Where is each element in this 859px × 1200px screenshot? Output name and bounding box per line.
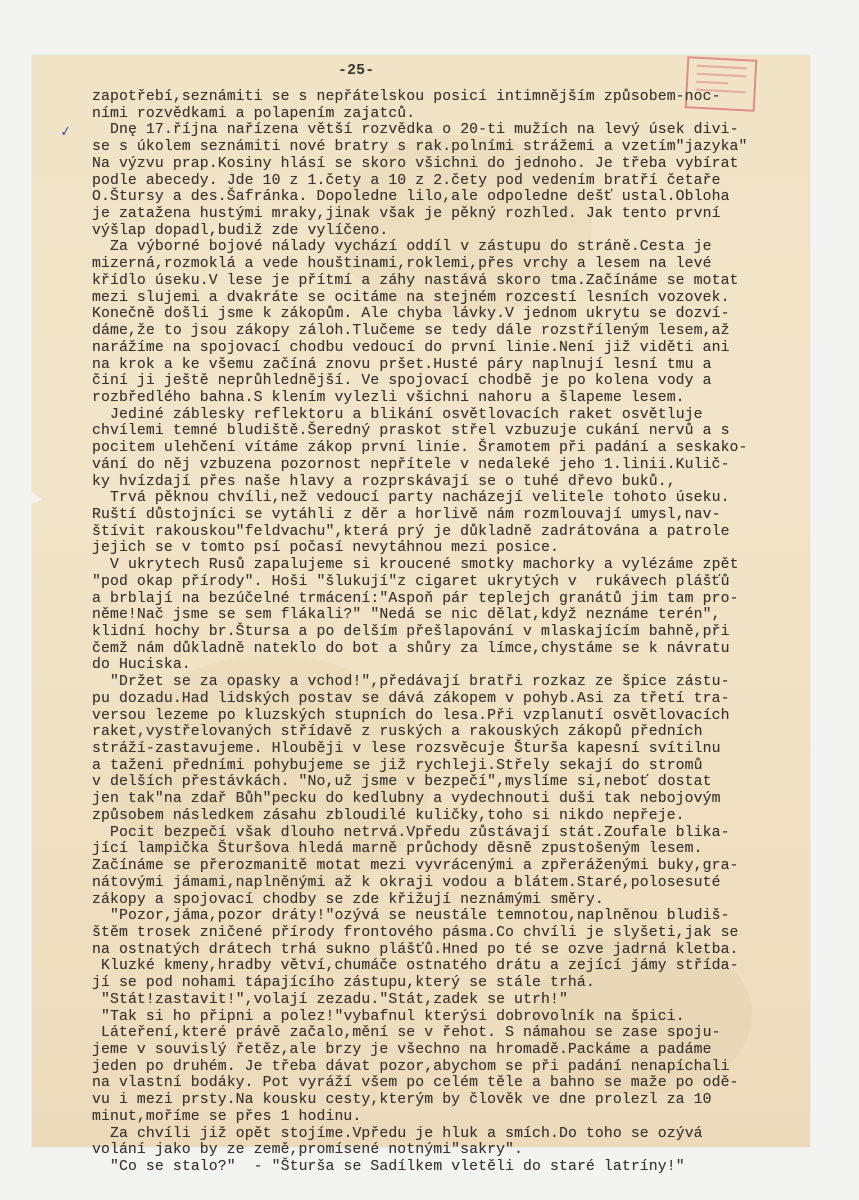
text-line: Za chvíli již opět stojíme.Vpředu je hlu… [92, 1126, 822, 1143]
text-line: "Stát!zastavit!",volají zezadu."Stát,zad… [92, 992, 822, 1009]
text-line: Kluzké kmeny,hradby větví,chumáče ostnat… [92, 958, 822, 975]
text-line: chvílemi temné bludiště.Šeredný praskot … [92, 423, 822, 440]
text-line: klidní hochy br.Štursa a po delším přešl… [92, 624, 822, 641]
stamp-text-line [696, 73, 746, 78]
text-line: raket,vystřelovaných střídavě z ruských … [92, 724, 822, 741]
text-line: ky hvízdají přes naše hlavy a rozprskáva… [92, 474, 822, 491]
text-line: ními rozvědkami a polapením zajatců. [92, 106, 822, 123]
text-line: Dnę 17.října nařízena větší rozvědka o 2… [92, 122, 822, 139]
text-line: Ruští důstojníci se vytáhli z děr a horl… [92, 507, 822, 524]
text-line: na ostnatých drátech trhá sukno plášťů.H… [92, 942, 822, 959]
text-line: jeden po druhém. Je třeba dávat pozor,ab… [92, 1059, 822, 1076]
text-line: "Držet se za opasky a vchod!",předávají … [92, 674, 822, 691]
text-line: narážíme na spojovací chodbu vedoucí do … [92, 340, 822, 357]
text-line: volání jako by ze země,promísené notnými… [92, 1142, 822, 1159]
text-line: stráží-zastavujeme. Hlouběji v lese rozs… [92, 741, 822, 758]
text-line: minut,moříme se přes 1 hodinu. [92, 1109, 822, 1126]
text-line: nátovými jámami,naplněnými až k okraji v… [92, 875, 822, 892]
text-line: se s úkolem seznámiti nové bratry s rak.… [92, 139, 822, 156]
text-line: mizerná,rozmoklá a vede houštinami,rokle… [92, 256, 822, 273]
text-line: Jediné záblesky reflektoru a blikání osv… [92, 407, 822, 424]
text-line: v delších přestávkách. "No,už jsme v bez… [92, 774, 822, 791]
text-line: zapotřebí,seznámiti se s nepřátelskou po… [92, 89, 822, 106]
text-line: jící lampička Šturšova hledá marně průch… [92, 841, 822, 858]
text-line: O.Štursy a des.Šafránka. Dopoledne lilo,… [92, 189, 822, 206]
text-line: jeme v souvislý řetěz,ale brzy je všechn… [92, 1042, 822, 1059]
text-line: způsobem následkem zásahu zbloudilé kuli… [92, 808, 822, 825]
text-line: je zatažena hustými mraky,jinak však je … [92, 206, 822, 223]
page-number: -25- [338, 63, 374, 79]
text-line: versou lezeme po kluzských stupních do l… [92, 708, 822, 725]
text-line: do Huciska. [92, 657, 822, 674]
text-line: pocitem ulehčení vítáme zákop první lini… [92, 440, 822, 457]
text-line: podle abecedy. Jde 10 z 1.čety a 10 z 2.… [92, 173, 822, 190]
text-line: rozbředlého bahna.S klením vylezli všich… [92, 390, 822, 407]
text-line: jejich se v tomto psí počasí nevytáhnou … [92, 540, 822, 557]
text-line: a taženi předními pohybujeme se již rych… [92, 758, 822, 775]
stamp-text-line [696, 81, 728, 85]
text-line: "pod okap přírody". Hoši "šlukují"z ciga… [92, 574, 822, 591]
stamp-text-line [697, 65, 747, 70]
text-line: Pocit bezpečí však dlouho netrvá.Vpředu … [92, 825, 822, 842]
text-line: Láteření,které právě začalo,mění se v ře… [92, 1025, 822, 1042]
text-line: jen tak"na zdař Bůh"pecku do kedlubny a … [92, 791, 822, 808]
typed-body-text: zapotřebí,seznámiti se s nepřátelskou po… [92, 89, 822, 1176]
text-line: dáme,že to jsou zákopy záloh.Tlučeme se … [92, 323, 822, 340]
text-line: vu i mezi prsty.Na kousku cesty,kterým b… [92, 1092, 822, 1109]
text-line: V ukrytech Rusů zapalujeme si kroucené s… [92, 557, 822, 574]
text-line: "Tak si ho připni a polez!"vybafnul kter… [92, 1009, 822, 1026]
text-line: Začínáme se přerozmanitě motat mezi vyvr… [92, 858, 822, 875]
text-line: "Co se stalo?" - "Šturša se Sadílkem vle… [92, 1159, 822, 1176]
text-line: na vlastní bodáky. Pot vyráží všem po ce… [92, 1075, 822, 1092]
text-line: Konečně došli jsme k zákopům. Ale chyba … [92, 306, 822, 323]
text-line: "Pozor,jáma,pozor dráty!"ozývá se neustá… [92, 908, 822, 925]
scanned-page: -25- ✓ zapotřebí,seznámiti se s nepřátel… [0, 0, 859, 1200]
text-line: vání do něj vzbuzena pozornost nepřítele… [92, 457, 822, 474]
text-line: Na výzvu prap.Kosiny hlásí se skoro všic… [92, 156, 822, 173]
text-line: křídlo úseku.V lese je přítmí a záhy nas… [92, 273, 822, 290]
text-line: pu dozadu.Had lidských postav se dává zá… [92, 691, 822, 708]
text-line: na krok a ke všemu začíná znovu pršet.Hu… [92, 357, 822, 374]
checkmark-icon: ✓ [59, 123, 73, 140]
text-line: a brblají na bezúčelné trmácení:"Aspoň p… [92, 591, 822, 608]
text-line: Za výborné bojové nálady vychází oddíl v… [92, 239, 822, 256]
text-line: výšlap dopadl,budiž zde vylíčeno. [92, 223, 822, 240]
text-line: mezi slujemi a dvakráte se ocitáme na st… [92, 290, 822, 307]
text-line: činí ji ještě neprůhlednější. Ve spojova… [92, 373, 822, 390]
text-line: něme!Nač jsme se sem flákali?" "Nedá se … [92, 607, 822, 624]
text-line: zákopy a spojovací chodby se zde křižují… [92, 892, 822, 909]
text-line: štívit rakouskou"feldvachu",která prý je… [92, 524, 822, 541]
text-line: Trvá pěknou chvíli,než vedoucí party nac… [92, 490, 822, 507]
text-line: štěm trosek zničené přírody frontového p… [92, 925, 822, 942]
text-line: čemž nám důkladně nateklo do bot a shůry… [92, 641, 822, 658]
text-line: jí se pod nohami tápajícího zástupu,kter… [92, 975, 822, 992]
